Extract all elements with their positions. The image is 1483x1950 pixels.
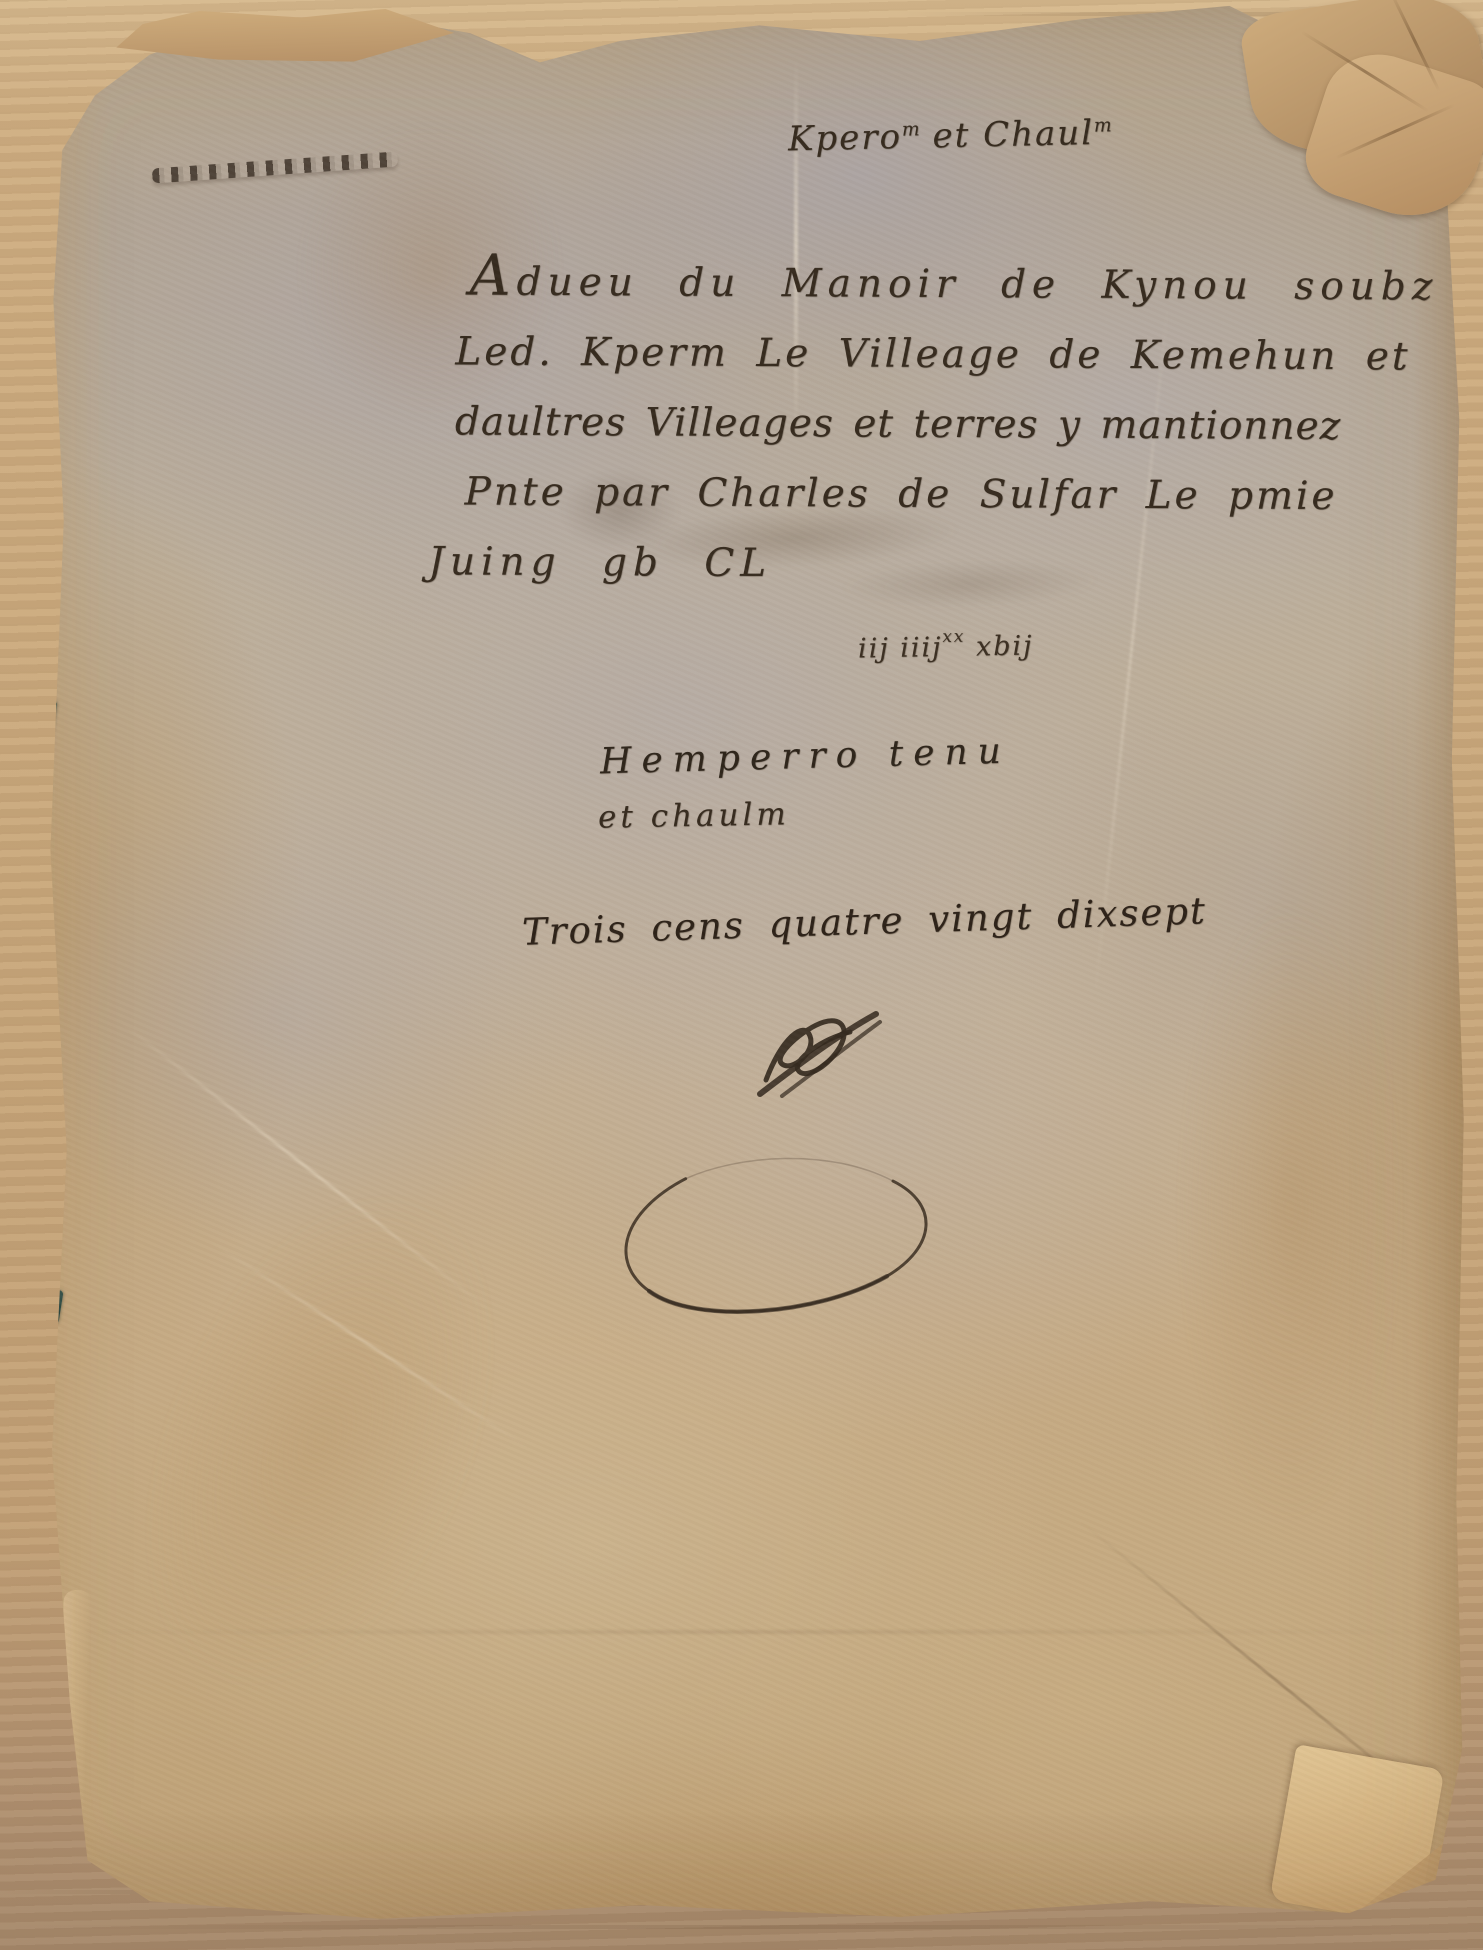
stitched-repair-seam — [152, 151, 398, 183]
title-part: Kpero — [788, 117, 903, 159]
binding-stitch — [39, 1022, 53, 1057]
photo-of-manuscript: Kperom et Chaulm Adueu du Manoir de Kyno… — [0, 0, 1483, 1950]
parchment-stain — [1180, 900, 1400, 1520]
folded-corner — [1345, 1822, 1470, 1922]
body-line: Juing gb CL — [428, 527, 1437, 602]
ink-smudge — [560, 470, 680, 550]
numeral-rest: xbij — [965, 630, 1034, 662]
body-line: Led. Kperm Le Villeage de Kemehun et — [455, 317, 1438, 392]
title-inscription: Kperom et Chaulm — [788, 113, 1113, 160]
binding-stitch — [41, 1760, 55, 1795]
title-superscript: m — [1094, 115, 1112, 136]
fold-crease-line — [1079, 1520, 1483, 1850]
note-inscription-2: et chaulm — [598, 796, 790, 835]
crease-line — [1093, 302, 1169, 998]
crease-line — [794, 56, 798, 436]
ink-smudge — [839, 555, 1101, 612]
repair-patch — [1269, 1744, 1444, 1926]
ink-smudge — [629, 499, 962, 576]
spine-edge-shading — [0, 0, 110, 1950]
bottom-edge-shading — [0, 1810, 1483, 1950]
body-paragraph: Adueu du Manoir de Kynou soubz Led. Kper… — [454, 241, 1439, 602]
title-part: et Chaul — [919, 113, 1094, 157]
parchment-cover: Kperom et Chaulm Adueu du Manoir de Kyno… — [0, 0, 1483, 1950]
curled-edge-highlight — [52, 1590, 92, 1931]
crease-line — [209, 1240, 529, 1449]
note-inscription-1: Hemperro tenu — [600, 731, 1012, 783]
body-line: Pnte par Charles de Sulfar Le pmie — [464, 457, 1437, 532]
fore-edge-shading — [1413, 0, 1483, 1950]
roman-numeral-date: iij iiijxx xbij — [858, 628, 1034, 664]
numeral-base: iij iiij — [858, 632, 943, 664]
title-superscript: m — [902, 119, 920, 140]
wood-grain-line — [0, 1925, 1483, 1929]
amount-inscription: Trois cens quatre vingt dixsept — [521, 889, 1207, 953]
binding-stitch — [49, 1290, 63, 1325]
crease-line — [119, 1020, 491, 1312]
body-line: daultres Villeages et terres y mantionne… — [455, 387, 1438, 462]
paraph-flourish-mark — [752, 1006, 884, 1098]
oval-pen-mark — [588, 1128, 957, 1342]
crease-line — [60, 1630, 1440, 1634]
binding-stitch — [43, 700, 57, 735]
body-line: Adueu du Manoir de Kynou soubz — [470, 242, 1439, 323]
parchment-stain — [77, 1141, 563, 1738]
numeral-superscript: xx — [942, 626, 965, 646]
parchment-stain — [300, 120, 560, 420]
